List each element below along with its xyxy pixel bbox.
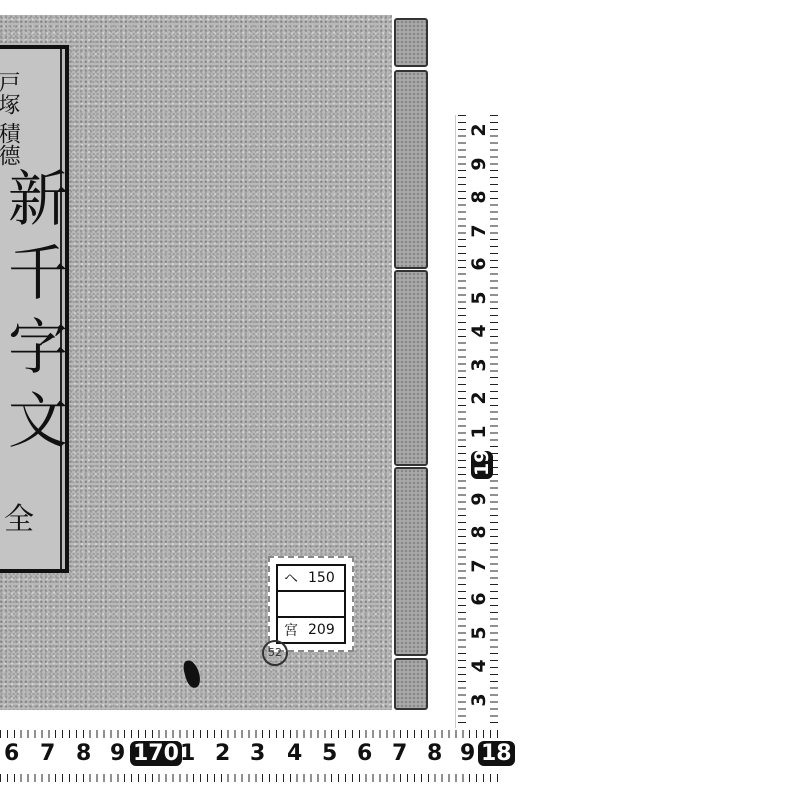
ruler-label: 6 (468, 253, 490, 275)
cover-volume: 全 (4, 494, 34, 538)
ruler-label: 5 (468, 287, 490, 309)
library-call-number-label: ヘ 150 宮 209 (268, 556, 354, 652)
ruler-label: 2 (468, 387, 490, 409)
ruler-label: 6 (4, 741, 19, 766)
ruler-label: 2 (215, 741, 230, 766)
ruler-label: 9 (460, 741, 475, 766)
spine-segment (394, 658, 428, 710)
ruler-label: 4 (468, 655, 490, 677)
spine-segment (394, 467, 428, 656)
ruler-label: 6 (357, 741, 372, 766)
ruler-label: 170 (130, 741, 182, 766)
book-spine-binding (388, 18, 430, 710)
ruler-label: 3 (250, 741, 265, 766)
ruler-label: 8 (427, 741, 442, 766)
ruler-label: 190 (471, 451, 493, 479)
label-row-3: 宮 209 (278, 618, 344, 642)
ruler-label: 8 (468, 186, 490, 208)
cover-subtitle: 戸塚 積德 (0, 71, 20, 166)
ruler-label: 3 (468, 354, 490, 376)
ruler-label: 4 (468, 320, 490, 342)
label-row-2 (278, 592, 344, 618)
ruler-label: 8 (468, 521, 490, 543)
ruler-ticks (0, 730, 500, 738)
circular-stamp: 52 (262, 640, 288, 666)
ruler-label: 8 (76, 741, 91, 766)
ruler-label: 5 (322, 741, 337, 766)
ruler-label: 7 (468, 555, 490, 577)
ruler-label: 9 (468, 488, 490, 510)
ruler-label: 6 (468, 588, 490, 610)
ruler-ticks (0, 774, 500, 782)
ruler-label: 4 (287, 741, 302, 766)
ruler-ticks (458, 115, 466, 735)
spine-segment (394, 270, 428, 466)
cover-title: 新千字文 (0, 167, 76, 463)
ruler-label: 2 (468, 119, 490, 141)
spine-segment (394, 18, 428, 67)
ruler-label: 18 (478, 741, 515, 766)
horizontal-ruler: 678917012345678918 (0, 728, 500, 784)
ruler-label: 1 (180, 741, 195, 766)
ruler-label: 7 (40, 741, 55, 766)
ruler-label: 5 (468, 622, 490, 644)
label-row-1: ヘ 150 (278, 566, 344, 592)
ruler-label: 7 (392, 741, 407, 766)
ruler-label: 7 (468, 220, 490, 242)
spine-segment (394, 70, 428, 269)
ruler-label: 9 (110, 741, 125, 766)
ruler-label: 3 (468, 689, 490, 711)
title-slip: 戸塚 積德 新千字文 全 (0, 45, 69, 573)
vertical-ruler: 298765432119098765432 (455, 115, 500, 735)
ruler-label: 9 (468, 153, 490, 175)
ruler-ticks (490, 115, 498, 735)
